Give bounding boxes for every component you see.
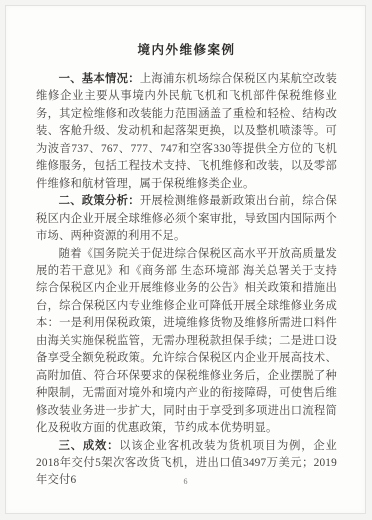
paragraph-basic-info-heading: 一、基本情况：: [59, 73, 140, 85]
document-title: 境内外维修案例: [36, 40, 337, 58]
paragraph-policy-detail-text: 随着《国务院关于促进综合保税区高水平开放高质量发展的若干意见》和《商务部 生态环…: [36, 248, 337, 435]
paragraph-policy-detail: 随着《国务院关于促进综合保税区高水平开放高质量发展的若干意见》和《商务部 生态环…: [36, 246, 337, 438]
paragraph-basic-info-text: 上海浦东机场综合保税区内某航空改装维修企业主要从事境内外民航飞机和飞机部件保税维…: [36, 73, 337, 190]
document-page: 境内外维修案例 一、基本情况：上海浦东机场综合保税区内某航空改装维修企业主要从事…: [5, 5, 366, 514]
paragraph-policy-analysis-heading: 二、政策分析：: [59, 195, 140, 207]
paragraph-results-heading: 三、成效：: [59, 440, 120, 452]
page-number: 6: [6, 477, 365, 486]
paragraph-policy-analysis: 二、政策分析：开展检测维修最新政策出台前，综合保税区内企业开展全球维修必须个案审…: [36, 193, 337, 245]
paragraph-basic-info: 一、基本情况：上海浦东机场综合保税区内某航空改装维修企业主要从事境内外民航飞机和…: [36, 71, 337, 193]
